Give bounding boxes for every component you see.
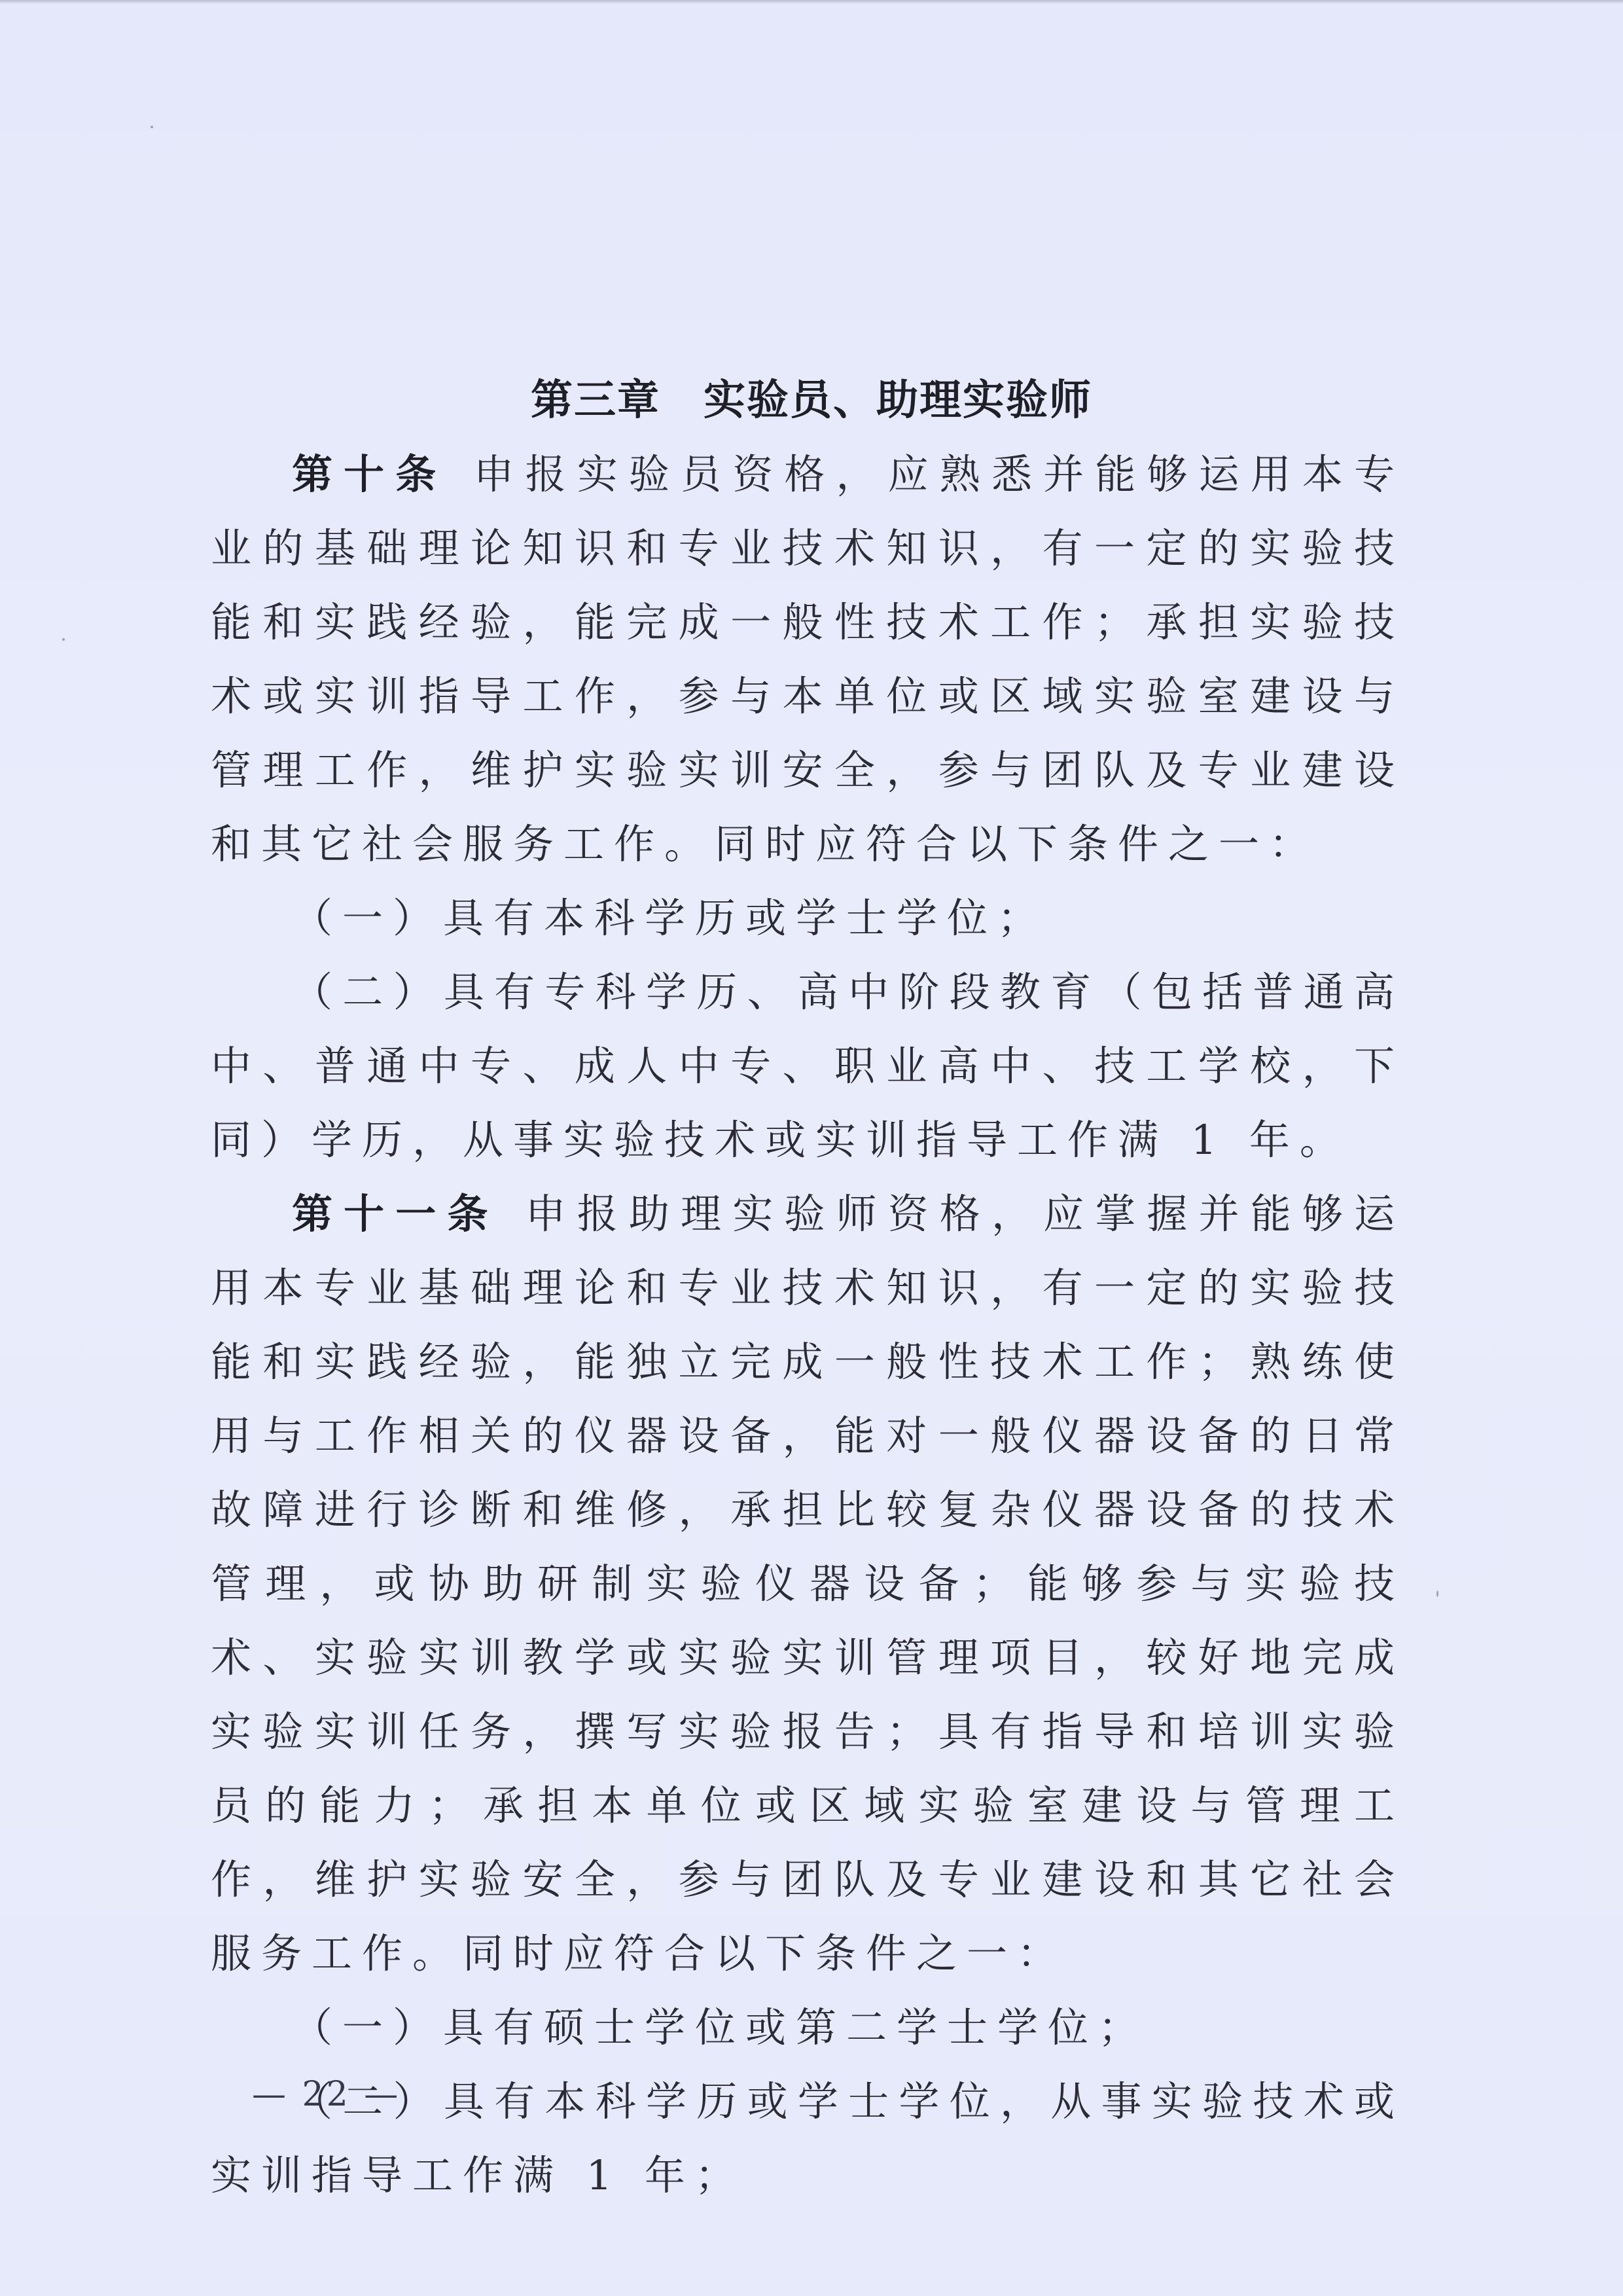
condition-item: （一）具有本科学历或学士学位； bbox=[211, 881, 1404, 955]
article-10-paragraph: 第十条申报实验员资格，应熟悉并能够运用本专业的基础理论知识和专业技术知识，有一定… bbox=[211, 437, 1404, 881]
paragraph-text: 申报助理实验师资格，应掌握并能够运用本专业基础理论和专业技术知识，有一定的实验技… bbox=[211, 1190, 1404, 1977]
scan-speck bbox=[62, 638, 65, 641]
chapter-title: 第三章 实验员、助理实验师 bbox=[0, 367, 1623, 427]
condition-item: （一）具有硕士学位或第二学士学位； bbox=[211, 1990, 1404, 2064]
article-number: 第十条 bbox=[292, 450, 447, 498]
paragraph-text: （二）具有专科学历、高中阶段教育（包括普通高中、普通中专、成人中专、职业高中、技… bbox=[211, 968, 1404, 1164]
scan-speck bbox=[151, 126, 153, 128]
document-page: 第三章 实验员、助理实验师 第十条申报实验员资格，应熟悉并能够运用本专业的基础理… bbox=[0, 0, 1623, 2296]
paragraph-text: 申报实验员资格，应熟悉并能够运用本专业的基础理论知识和专业技术知识，有一定的实验… bbox=[211, 450, 1404, 868]
paragraph-text: （一）具有硕士学位或第二学士学位； bbox=[292, 2003, 1149, 2051]
document-body: 第十条申报实验员资格，应熟悉并能够运用本专业的基础理论知识和专业技术知识，有一定… bbox=[211, 437, 1404, 2212]
page-number: — 22 — bbox=[252, 2075, 401, 2114]
condition-item: （二）具有专科学历、高中阶段教育（包括普通高中、普通中专、成人中专、职业高中、技… bbox=[211, 955, 1404, 1177]
scan-speck bbox=[1436, 1590, 1438, 1597]
article-11-paragraph: 第十一条申报助理实验师资格，应掌握并能够运用本专业基础理论和专业技术知识，有一定… bbox=[211, 1177, 1404, 1990]
article-number: 第十一条 bbox=[292, 1190, 499, 1238]
paragraph-text: （一）具有本科学历或学士学位； bbox=[292, 894, 1048, 942]
scan-edge-shadow bbox=[0, 0, 1623, 4]
